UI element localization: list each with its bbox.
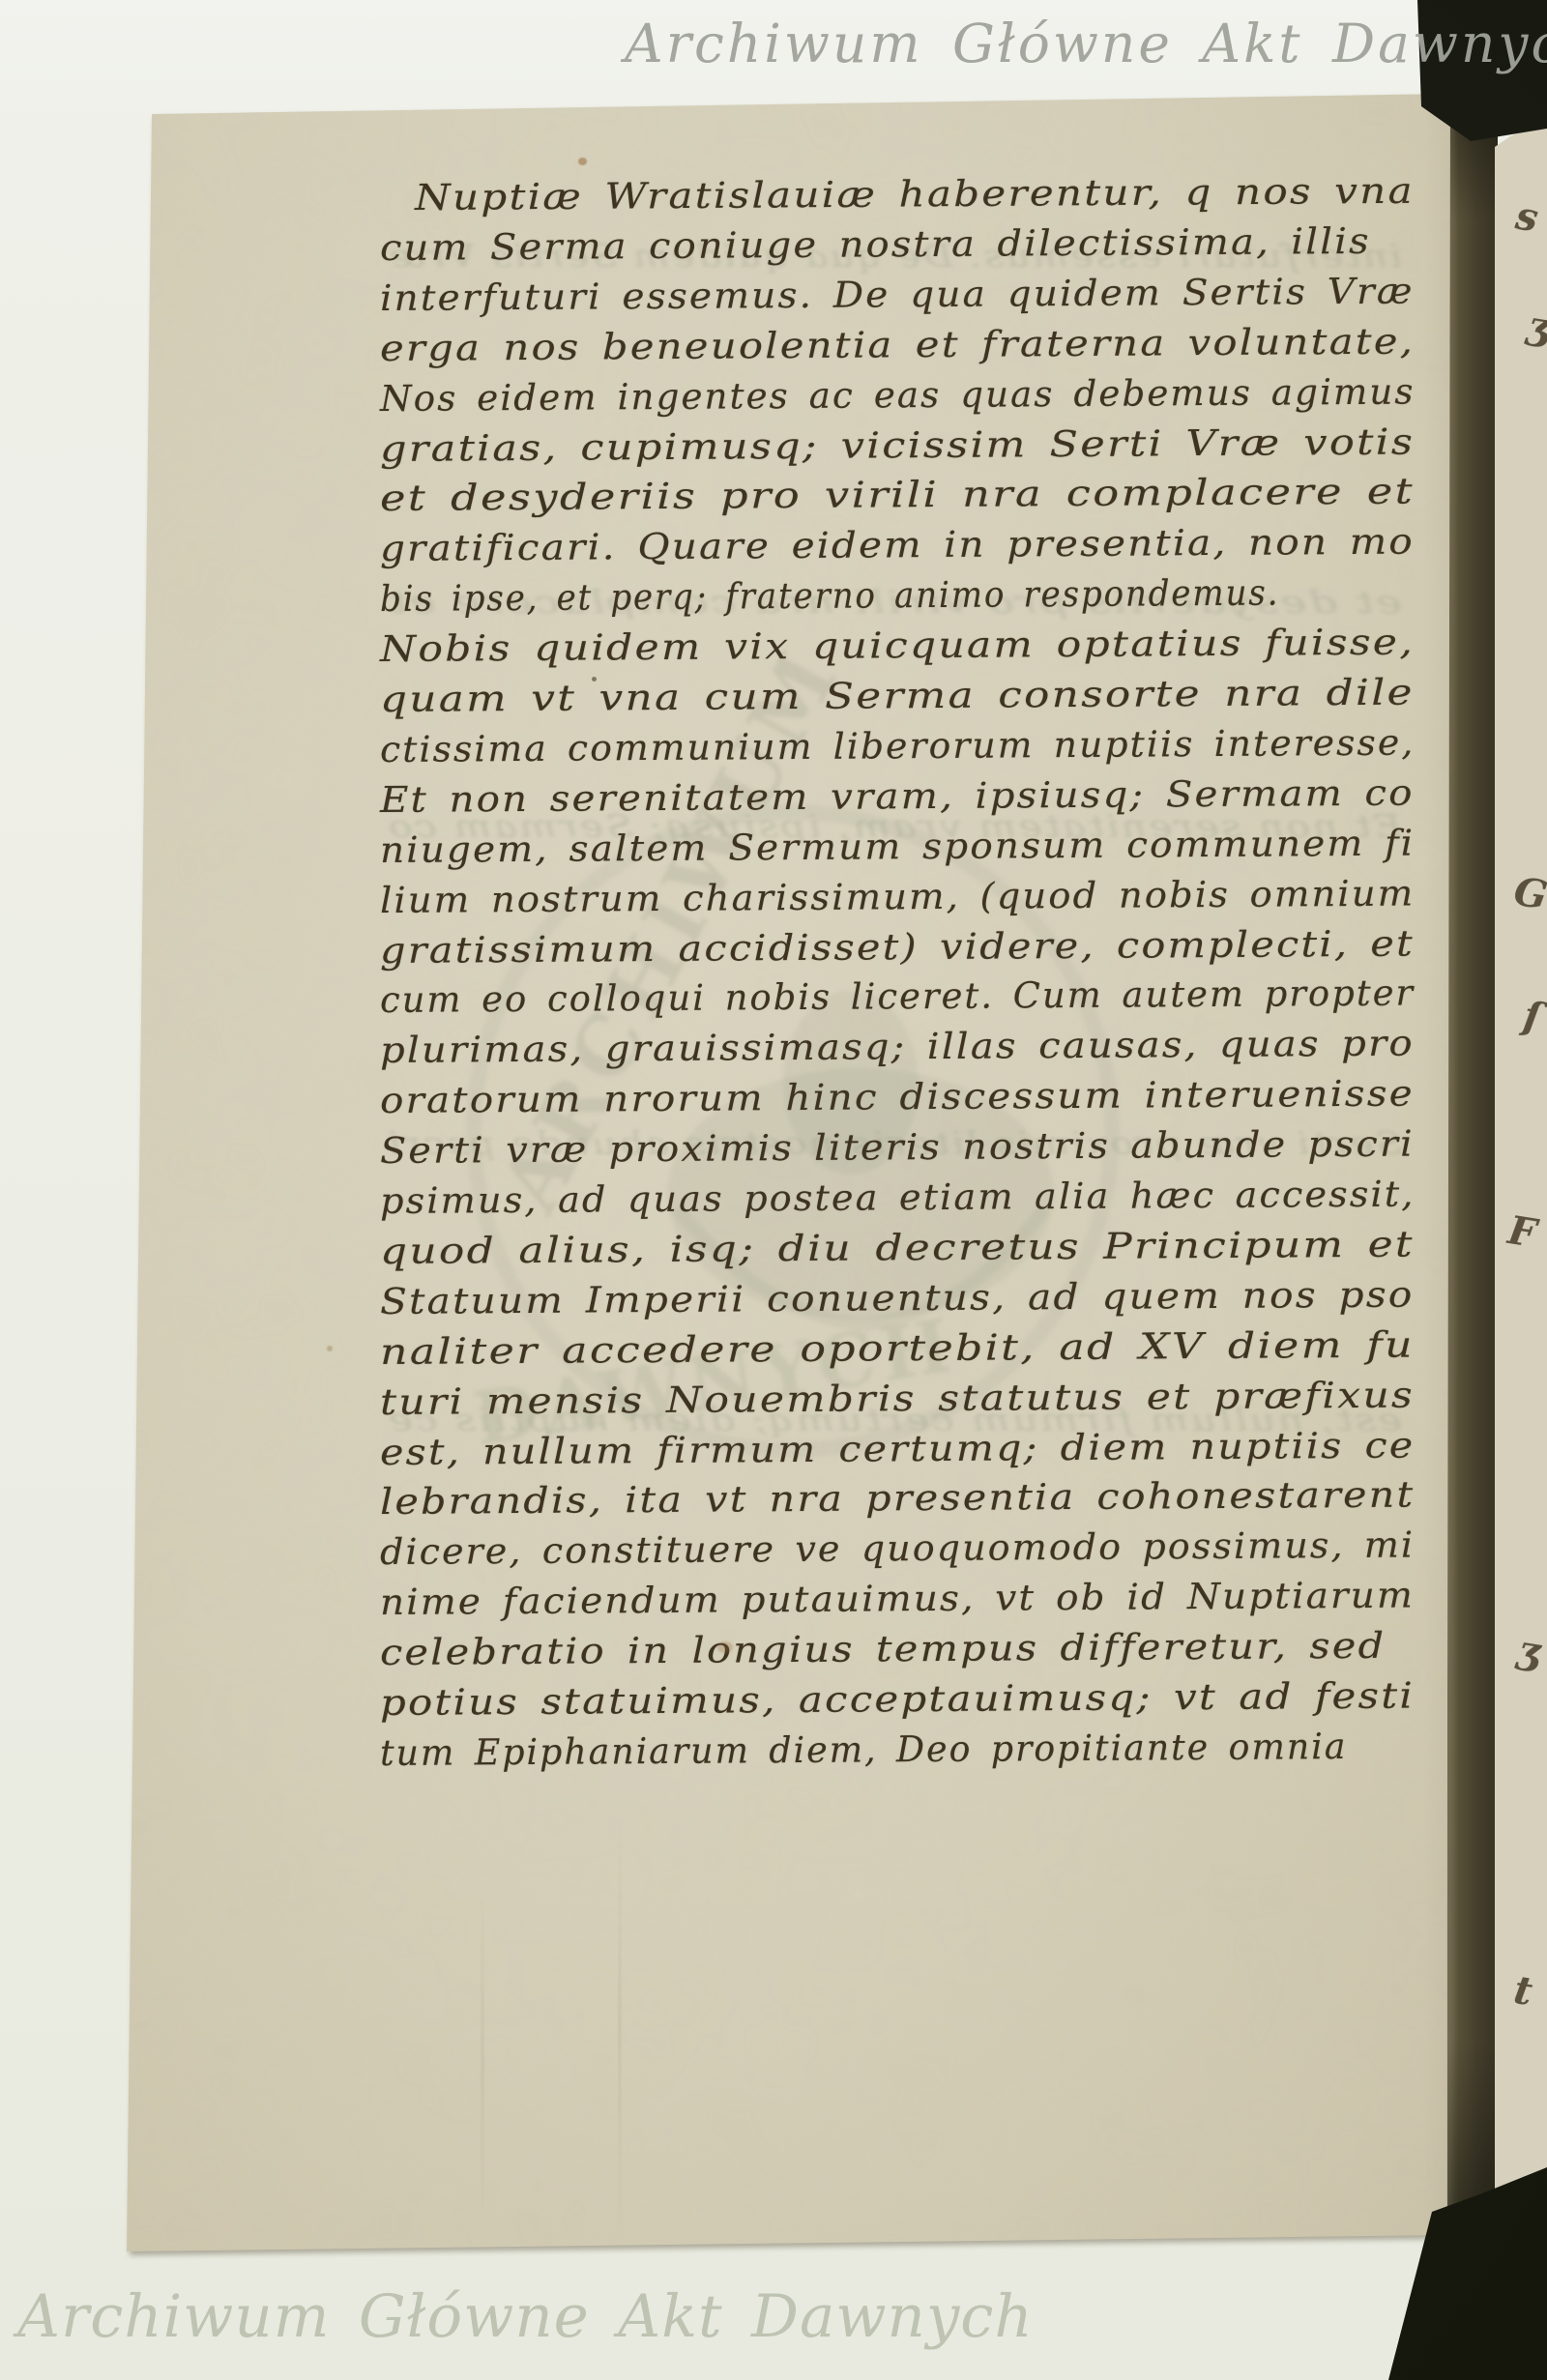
manuscript-line: gratificari. Quare eidem in presentia, n… bbox=[380, 524, 1415, 566]
manuscript-line: Nuptiæ Wratislauiæ haberentur, q nos vna bbox=[415, 173, 1415, 216]
manuscript-line: gratias, cupimusq; vicissim Serti Vræ vo… bbox=[380, 423, 1415, 466]
manuscript-line: lium nostrum charissimum, (quod nobis om… bbox=[380, 875, 1416, 917]
manuscript-line: tum Epiphaniarum diem, Deo propitiante o… bbox=[380, 1728, 1348, 1771]
manuscript-line: erga nos beneuolentia et fraterna volunt… bbox=[380, 323, 1415, 365]
manuscript-line: niugem, saltem Sermum sponsum communem f… bbox=[380, 825, 1416, 867]
manuscript-line: turi mensis Nouembris statutus et præfix… bbox=[380, 1377, 1415, 1419]
manuscript-paper: ARCHIWUM DAWNYCH interfuturi essemus. De… bbox=[0, 0, 1547, 2380]
stain-spot bbox=[717, 1641, 733, 1653]
manuscript-line: est, nullum firmum certumq; diem nuptiis… bbox=[380, 1427, 1416, 1469]
manuscript-line: cum eo colloqui nobis liceret. Cum autem… bbox=[380, 975, 1415, 1018]
foxing-spot bbox=[578, 158, 587, 165]
manuscript-line: et desyderiis pro virili nra complacere … bbox=[380, 474, 1415, 516]
manuscript-page: ARCHIWUM DAWNYCH interfuturi essemus. De… bbox=[0, 0, 1547, 2380]
manuscript-line: ctissima communium liberorum nuptiis int… bbox=[380, 724, 1416, 767]
manuscript-line: interfuturi essemus. De qua quidem Serti… bbox=[380, 273, 1415, 315]
manuscript-line: dicere, constituere ve quoquomodo possim… bbox=[380, 1527, 1415, 1570]
ink-fleck bbox=[592, 677, 597, 682]
paper-crease bbox=[482, 1895, 483, 2223]
manuscript-line: Statuum Imperii conuentus, ad quem nos p… bbox=[380, 1276, 1415, 1319]
manuscript-line: naliter accedere oportebit, ad XV diem f… bbox=[380, 1326, 1415, 1369]
foxing-spot bbox=[327, 1346, 333, 1351]
manuscript-line: psimus, ad quas postea etiam alia hæc ac… bbox=[380, 1176, 1416, 1219]
manuscript-line: quam vt vna cum Serma consorte nra dile bbox=[380, 675, 1415, 717]
manuscript-line: Nobis quidem vix quicquam optatius fuiss… bbox=[380, 624, 1415, 667]
scanned-manuscript-view: sʒGſFʒt bbox=[0, 0, 1547, 2380]
manuscript-line: lebrandis, ita vt nra presentia cohonest… bbox=[380, 1477, 1416, 1520]
paper-crease bbox=[619, 1817, 621, 2243]
manuscript-line: plurimas, grauissimasq; illas causas, qu… bbox=[380, 1026, 1415, 1068]
manuscript-line: gratissimum accidisset) videre, complect… bbox=[380, 925, 1415, 968]
manuscript-line: quod alius, isq; diu decretus Principum … bbox=[380, 1226, 1415, 1268]
manuscript-line: Et non serenitatem vram, ipsiusq; Sermam… bbox=[380, 774, 1415, 817]
manuscript-line: oratorum nrorum hinc discessum interueni… bbox=[380, 1076, 1415, 1118]
manuscript-line: nime faciendum putauimus, vt ob id Nupti… bbox=[380, 1578, 1415, 1620]
manuscript-line: celebratio in longius tempus differetur,… bbox=[380, 1628, 1386, 1670]
manuscript-line: cum Serma coniuge nostra dilectissima, i… bbox=[380, 223, 1371, 266]
manuscript-line: Nos eidem ingentes ac eas quas debemus a… bbox=[380, 373, 1416, 416]
manuscript-line: potius statuimus, acceptauimusq; vt ad f… bbox=[380, 1678, 1415, 1721]
archive-watermark-top: Archiwum Główne Akt Dawnych bbox=[625, 17, 1547, 71]
archive-watermark-bottom: Archiwum Główne Akt Dawnych bbox=[17, 2287, 1034, 2346]
manuscript-line: Serti vræ proximis literis nostris abund… bbox=[380, 1126, 1415, 1169]
manuscript-line: bis ipse, et perq; fraterno animo respon… bbox=[380, 575, 1280, 617]
